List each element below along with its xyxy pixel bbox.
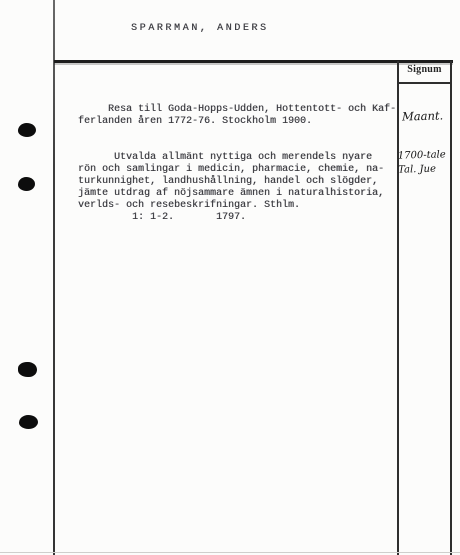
entry-1-description: Resa till Goda-Hopps-Udden, Hottentott- … bbox=[78, 104, 396, 128]
header-divider-rule bbox=[54, 60, 453, 63]
signum-header-underline-rule bbox=[398, 82, 451, 84]
entry-2-description: Utvalda allmänt nyttiga och merendels ny… bbox=[78, 152, 384, 224]
punch-hole-4 bbox=[19, 415, 38, 429]
punch-hole-3 bbox=[18, 362, 37, 377]
punch-hole-1 bbox=[18, 123, 36, 137]
punch-hole-2 bbox=[18, 177, 35, 191]
signum-column-header: Signum bbox=[398, 64, 451, 75]
entry-1-signum-note: Maant. bbox=[402, 108, 444, 123]
signum-column-divider-rule bbox=[397, 61, 399, 555]
entry-2-signum-note: 1700-tale Tal. Jue bbox=[398, 148, 447, 177]
right-border-rule bbox=[450, 61, 452, 555]
catalog-card-page: Signum SPARRMAN, ANDERS Resa till Goda-H… bbox=[0, 0, 460, 555]
scan-bottom-edge bbox=[0, 552, 460, 553]
author-heading: SPARRMAN, ANDERS bbox=[131, 23, 269, 35]
left-margin-rule bbox=[53, 0, 55, 555]
